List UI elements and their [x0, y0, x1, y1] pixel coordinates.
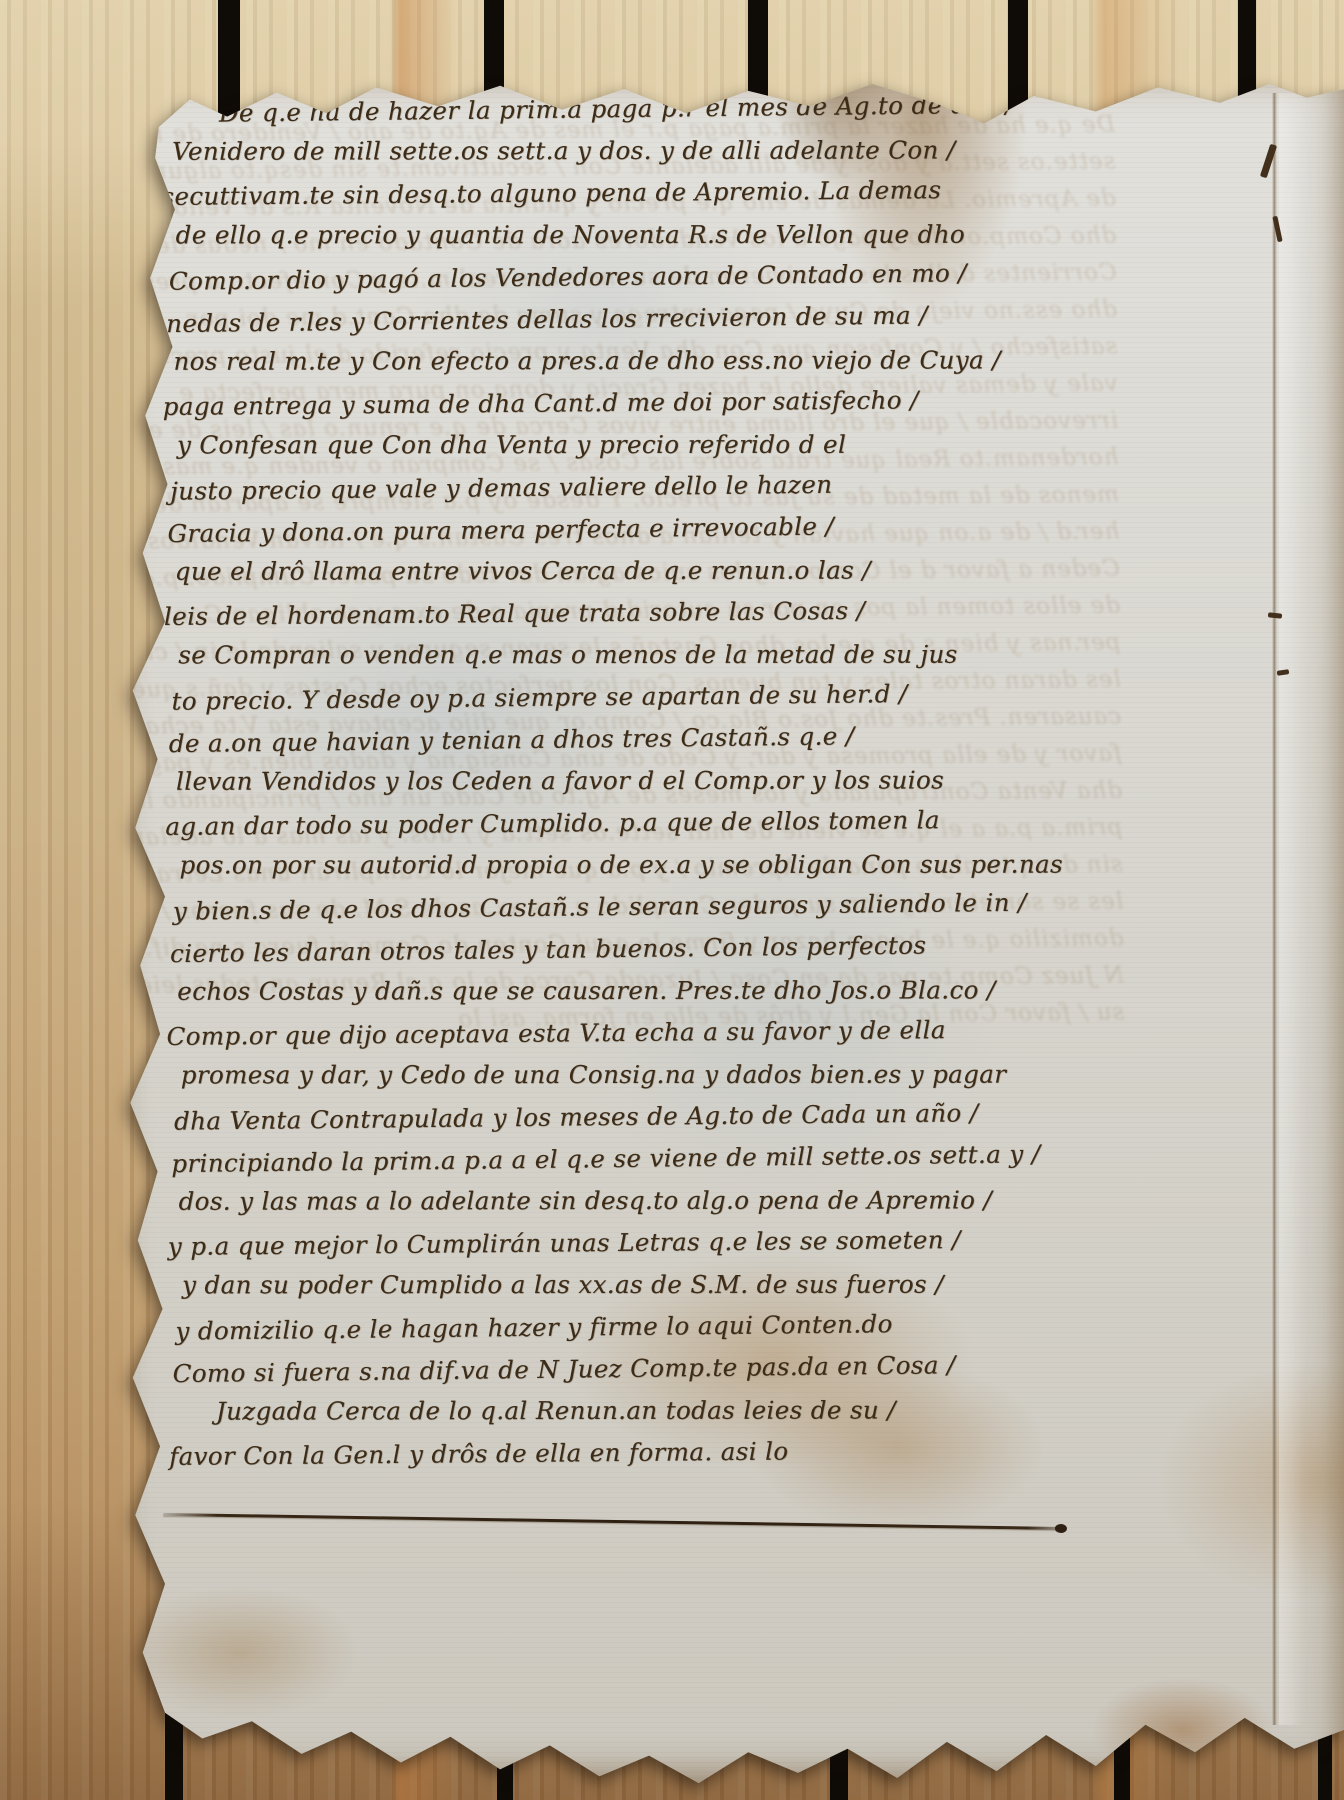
manuscript-line: y Confesan que Con dha Venta y precio re…: [177, 424, 1077, 467]
manuscript-line: Comp.or que dijo aceptava esta V.ta echa…: [166, 1008, 1066, 1058]
manuscript-line: de a.on que havian y tenian a dhos tres …: [169, 713, 1069, 765]
manuscript-line: Venidero de mill sette.os sett.a y dos. …: [172, 129, 1072, 173]
manuscript-text: De q.e ha de hazer la prim.a paga p.r el…: [165, 85, 1073, 1476]
photo-scene: De q.e ha de hazer la prim.a paga p.r el…: [0, 0, 1344, 1800]
manuscript-line: pos.on por su autorid.d propia o de ex.a…: [179, 844, 1079, 887]
manuscript-line: secuttivam.te sin desq.to alguno pena de…: [161, 168, 1061, 218]
manuscript-line: Gracia y dona.on pura mera perfecta e ir…: [167, 503, 1067, 555]
manuscript-line: dos. y las mas a lo adelante sin desq.to…: [179, 1179, 1079, 1223]
manuscript-line: y p.a que mejor lo Cumplirán unas Letras…: [168, 1218, 1068, 1268]
manuscript-line: y dan su poder Cumplido a las xx.as de S…: [182, 1264, 1082, 1307]
manuscript-line: ag.an dar todo su poder Cumplido. p.a qu…: [165, 798, 1065, 848]
manuscript-line: nos real m.te y Con efecto a pres.a de d…: [173, 339, 1073, 383]
binding-fold-crease: [1272, 93, 1277, 1725]
manuscript-line: nedas de r.les y Corrientes dellas los r…: [166, 293, 1066, 345]
manuscript-line: leis de el hordenam.to Real que trata so…: [164, 588, 1064, 638]
fold-highlight: [1279, 93, 1305, 1725]
manuscript-line: De q.e ha de hazer la prim.a paga p.r el…: [219, 83, 1065, 135]
manuscript-sheet: De q.e ha de hazer la prim.a paga p.r el…: [103, 72, 1344, 1790]
paper-surface: De q.e ha de hazer la prim.a paga p.r el…: [103, 72, 1344, 1790]
manuscript-line: echos Costas y dañ.s que se causaren. Pr…: [177, 969, 1077, 1013]
manuscript-line: Como si fuera s.na dif.va de N Juez Comp…: [172, 1343, 1072, 1395]
manuscript-line: se Compran o venden q.e mas o menos de l…: [178, 634, 1078, 677]
manuscript-line: llevan Vendidos y los Ceden a favor d el…: [176, 759, 1076, 803]
manuscript-line: Juzgada Cerca de lo q.al Renun.an todas …: [216, 1389, 1080, 1433]
manuscript-line: promesa y dar, y Cedo de una Consig.na y…: [181, 1054, 1081, 1097]
manuscript-line: de ello q.e precio y quantia de Noventa …: [176, 214, 1076, 257]
manuscript-line: favor Con la Gen.l y drôs de ella en for…: [169, 1428, 1069, 1478]
manuscript-line: paga entrega y suma de dha Cant.d me doi…: [163, 378, 1063, 428]
manuscript-line: principiando la prim.a p.a a el q.e se v…: [171, 1133, 1071, 1185]
manuscript-line: cierto les daran otros tales y tan bueno…: [170, 923, 1070, 975]
stitch-thread: [1268, 612, 1282, 618]
manuscript-line: que el drô llama entre vivos Cerca de q.…: [175, 549, 1075, 593]
